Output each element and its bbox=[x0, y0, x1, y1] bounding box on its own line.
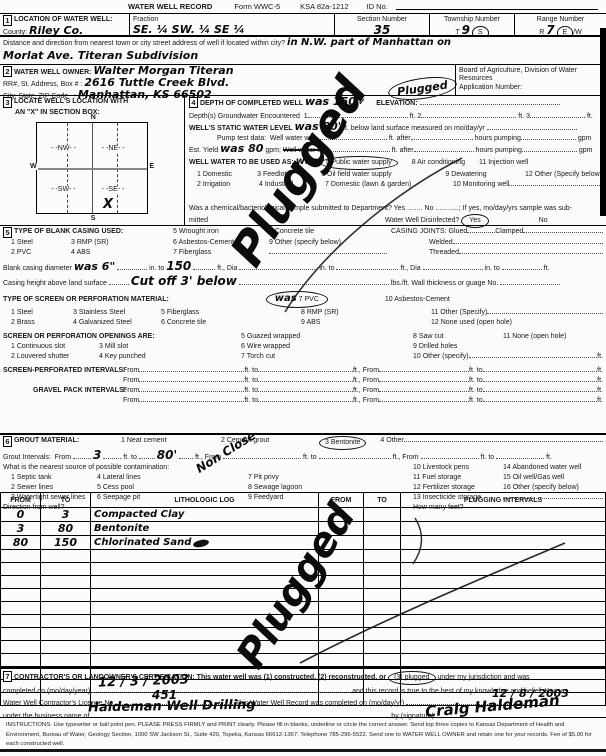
sp-t1: ft. to bbox=[244, 366, 258, 376]
section1-number: 1 bbox=[3, 15, 12, 26]
screen-abs: 9 ABS bbox=[301, 318, 431, 328]
gp-from2: From bbox=[123, 396, 139, 406]
screen-none-used: 12 None used (open hole) bbox=[431, 318, 512, 328]
township-value: 9 bbox=[462, 23, 470, 35]
elevation-label: ELEVATION: bbox=[376, 100, 417, 107]
pump-gpm: gpm bbox=[578, 135, 592, 142]
sp-l3 bbox=[379, 366, 469, 372]
county-cell: 1 LOCATION OF WATER WELL: County: Riley … bbox=[0, 14, 130, 35]
depth-title: DEPTH OF COMPLETED WELL bbox=[200, 100, 303, 107]
est-hours: hours pumping bbox=[476, 147, 522, 154]
opening-louvered: 2 Louvered shutter bbox=[11, 352, 99, 362]
gp-t1: ft. to bbox=[244, 386, 258, 396]
opening-guazed: 5 Guazed wrapped bbox=[241, 332, 413, 342]
use-domestic: 1 Domestic bbox=[197, 170, 257, 180]
chem-sample-line2: mitted bbox=[189, 217, 208, 224]
used-as-was: was bbox=[296, 156, 318, 167]
gp-l3 bbox=[379, 386, 469, 392]
joints-welded-line bbox=[453, 238, 603, 244]
use-domestic-lawn: 7 Domestic (lawn & garden) bbox=[325, 180, 453, 190]
grid-w-label: W bbox=[29, 163, 38, 170]
casing-height-value: Cut off 3' below bbox=[131, 274, 237, 288]
range-label: Range Number bbox=[518, 15, 603, 25]
wall-thickness-label: lbs./ft. Wall thickness or guage No. bbox=[391, 280, 499, 287]
certification-text-1c: under my jurisdiction and was bbox=[437, 674, 529, 681]
section7-certification: 7 CONTRACTOR'S OR LANDOWNER'S CERTIFICAT… bbox=[0, 667, 606, 717]
gp-l2 bbox=[258, 386, 353, 392]
casing-other: 9 Other (specify below) bbox=[269, 238, 391, 248]
sp-ft2: ft. bbox=[597, 376, 603, 386]
diameter-line4 bbox=[336, 264, 398, 270]
instructions-text: INSTRUCTIONS: Use typewriter or ball poi… bbox=[6, 722, 592, 747]
section-number-value: 35 bbox=[374, 23, 391, 35]
groundwater-label: Depth(s) Groundwater Encountered bbox=[189, 113, 300, 120]
log-empty-row bbox=[1, 550, 606, 563]
gi-l2 bbox=[103, 453, 121, 459]
opening-continuous: 1 Continuous slot bbox=[11, 342, 99, 352]
diameter-into2: in. to bbox=[319, 265, 334, 272]
opening-keypunched: 4 Key punched bbox=[99, 352, 241, 362]
casing-asbestos: 6 Asbestos-Cement bbox=[173, 238, 269, 248]
pump-line2 bbox=[411, 134, 473, 140]
log-empty-row bbox=[1, 615, 606, 628]
section3-locate: 3 LOCATE WELL'S LOCATION WITH AN "X" IN … bbox=[0, 96, 185, 225]
casing-other-line bbox=[269, 248, 387, 254]
use-oil-field: 6 Oil field water supply bbox=[321, 170, 445, 180]
screen-other: 11 Other (Specify) bbox=[431, 308, 487, 318]
log-3-desc: Chlorinated Sand bbox=[94, 537, 191, 548]
log-header-row: FROM TO LITHOLOGIC LOG FROM TO PLUGGING … bbox=[1, 493, 606, 508]
form-header: WATER WELL RECORD Form WWC-5 KSA 82a-121… bbox=[0, 2, 606, 11]
gp-l8 bbox=[483, 396, 598, 402]
gp-f1: ft., From bbox=[353, 386, 379, 396]
gp-from1: From bbox=[123, 386, 139, 396]
screen-brass: 2 Brass bbox=[11, 318, 73, 328]
log-empty-row bbox=[1, 576, 606, 589]
diameter-line5 bbox=[423, 264, 483, 270]
opening-drilled: 9 Drilled holes bbox=[413, 342, 457, 352]
contam-lateral: 4 Lateral lines bbox=[97, 473, 248, 483]
screen-material-title: TYPE OF SCREEN OR PERFORATION MATERIAL: bbox=[3, 296, 169, 303]
business-name-value: Haldeman Well Drilling bbox=[88, 698, 256, 716]
township-s-circled: S bbox=[472, 26, 489, 35]
use-air-conditioning: 8 Air conditioning bbox=[412, 159, 465, 166]
height-line2 bbox=[239, 279, 389, 285]
completed-on-label: completed on (mo/day/year) bbox=[3, 688, 90, 695]
gi-ftfrom2: ft., From bbox=[393, 454, 419, 461]
form-id-label: ID No. bbox=[367, 2, 388, 11]
casing-joints-welded: Welded bbox=[429, 238, 453, 248]
log-2-to: 80 bbox=[41, 522, 91, 536]
diameter-into: in. to bbox=[149, 265, 164, 272]
gi-l4 bbox=[179, 453, 193, 459]
form-title: WATER WELL RECORD bbox=[128, 2, 212, 11]
gw-ft: ft. bbox=[587, 113, 593, 120]
gw-line3 bbox=[530, 112, 585, 118]
diameter-label: Blank casing diameter bbox=[3, 265, 72, 272]
grout-intervals-label: Grout Intervals: bbox=[3, 454, 51, 461]
diameter-ft: ft. bbox=[544, 265, 550, 272]
pump-line3 bbox=[521, 134, 576, 140]
section6-grout: 6 GROUT MATERIAL: 1 Neat cement 2 Cement… bbox=[0, 433, 606, 492]
locate-title-1: LOCATE WELL'S LOCATION WITH bbox=[14, 98, 128, 105]
est-line2 bbox=[414, 146, 474, 152]
static-level-label: WELL'S STATIC WATER LEVEL bbox=[189, 125, 293, 132]
gi-ftto3: ft. to bbox=[481, 454, 495, 461]
grid-nw-label: - -NW- - bbox=[50, 145, 77, 152]
grid-e-label: E bbox=[148, 163, 155, 170]
contam-livestock: 10 Livestock pens bbox=[413, 463, 503, 473]
distance-row: Distance and direction from nearest town… bbox=[0, 36, 606, 64]
grid-solid-h bbox=[37, 168, 147, 170]
gw-ft3: ft. 3 bbox=[518, 113, 530, 120]
pump-hours: hours pumping bbox=[475, 135, 521, 142]
contam-septic: 1 Septic tank bbox=[11, 473, 97, 483]
contam-oilwell: 15 Oil well/Gas well bbox=[503, 473, 564, 483]
section7-number: 7 bbox=[3, 671, 12, 682]
sp-l5 bbox=[139, 376, 244, 382]
opening-millslot: 3 Mill slot bbox=[99, 342, 241, 352]
gp-l5 bbox=[139, 396, 244, 402]
gi-l8 bbox=[496, 453, 544, 459]
opening-other: 10 Other (specify) bbox=[413, 352, 469, 362]
gp-ft: ft. bbox=[597, 386, 603, 396]
casing-steel: 1 Steel bbox=[11, 238, 71, 248]
sp-t3: ft. to bbox=[244, 376, 258, 386]
diameter-ftdia2: ft., Dia bbox=[400, 265, 420, 272]
casing-joints-threaded: Threaded bbox=[429, 248, 459, 258]
well-x-mark: X bbox=[103, 197, 113, 212]
log-row-2: 3 80 Bentonite bbox=[1, 522, 606, 536]
est-gpm: gpm; bbox=[265, 147, 281, 154]
fraction-value: SE. ¼ SW. ¼ SE ¼ bbox=[133, 23, 245, 35]
scan-edge-artifact bbox=[600, 28, 606, 216]
fraction-cell: Fraction SE. ¼ SW. ¼ SE ¼ bbox=[130, 14, 335, 35]
diameter-into3: in. to bbox=[485, 265, 500, 272]
township-label: Township Number bbox=[433, 15, 511, 25]
diameter-line6 bbox=[502, 264, 542, 270]
casing-height-label: Casing height above land surface bbox=[3, 280, 107, 287]
gp-ft2: ft. bbox=[597, 396, 603, 406]
plug-to-header: TO bbox=[364, 493, 401, 508]
sp-t2: ft. to bbox=[469, 366, 483, 376]
casing-fiberglass: 7 Fiberglass bbox=[173, 248, 269, 258]
grid-s-label: S bbox=[90, 215, 97, 222]
board-label: Board of Agriculture, Division of Water … bbox=[459, 67, 603, 83]
ink-blot bbox=[193, 538, 210, 548]
use-feedlot: 3 Feedlot bbox=[257, 170, 321, 180]
log-litho-header: LITHOLOGIC LOG bbox=[91, 493, 319, 508]
sp-from2: From bbox=[123, 376, 139, 386]
joints-threaded-line bbox=[459, 248, 603, 254]
depth-checkmark: ✓ bbox=[358, 97, 366, 108]
screen-stainless: 3 Stainless Steel bbox=[73, 308, 161, 318]
sp-l8 bbox=[483, 376, 598, 382]
est-yield-label: Est. Yield bbox=[189, 147, 218, 154]
contam-abandoned-well: 14 Abandoned water well bbox=[503, 463, 581, 473]
est-ftafter: ft. after bbox=[392, 147, 414, 154]
range-cell: Range Number R 7 E/W bbox=[515, 14, 606, 35]
gp-t2: ft. to bbox=[469, 386, 483, 396]
gp-l4 bbox=[483, 386, 598, 392]
log-empty-row bbox=[1, 589, 606, 602]
log-3-from: 80 bbox=[1, 536, 41, 550]
grid-sw-label: - -SW- - bbox=[50, 186, 76, 193]
use-other: 12 Other (Specify below) bbox=[525, 170, 602, 180]
log-empty-row bbox=[1, 602, 606, 615]
grout-to-value: 80' bbox=[157, 448, 177, 462]
gp-l6 bbox=[258, 396, 353, 402]
diameter-line1 bbox=[117, 264, 147, 270]
log-2-desc: Bentonite bbox=[94, 523, 149, 534]
est-yield-value: was 80 bbox=[220, 142, 263, 155]
sp-l7 bbox=[379, 376, 469, 382]
joints-clamped-line bbox=[523, 227, 603, 233]
scan-bottom-line bbox=[0, 749, 606, 752]
used-as-label: WELL WATER TO BE USED AS: bbox=[189, 159, 294, 166]
use-irrigation: 2 Irrigation bbox=[197, 180, 259, 190]
distance-label: Distance and direction from nearest town… bbox=[3, 40, 285, 47]
screen-asbestos-cement: 10 Asbestos-Cement bbox=[385, 296, 450, 303]
use-dewatering: 9 Dewatering bbox=[445, 170, 525, 180]
casing-joints-clamped: Clamped bbox=[495, 227, 523, 238]
screen-other-line bbox=[487, 308, 603, 314]
sp-l2 bbox=[258, 366, 353, 372]
screen-galvanized: 4 Galvanized Steel bbox=[73, 318, 161, 328]
section4-number: 4 bbox=[189, 97, 198, 108]
section5-number: 5 bbox=[3, 227, 12, 238]
height-line3 bbox=[500, 279, 560, 285]
owner-address-label: RR#, St. Address, Box # bbox=[3, 81, 78, 88]
use-industrial: 4 Industrial bbox=[259, 180, 325, 190]
section3-number: 3 bbox=[3, 97, 12, 108]
opening-sawcut: 8 Saw cut bbox=[413, 332, 503, 342]
gw-line1 bbox=[308, 112, 408, 118]
form-number: Form WWC-5 bbox=[234, 2, 280, 11]
screen-pvc: 7 PVC bbox=[299, 296, 319, 303]
opening-other-line bbox=[469, 352, 598, 358]
colon1: : bbox=[80, 81, 82, 88]
section2-owner: 2 WATER WELL OWNER: Walter Morgan Titera… bbox=[0, 64, 606, 96]
casing-rmp: 3 RMP (SR) bbox=[71, 238, 173, 248]
log-3-to: 150 bbox=[41, 536, 91, 550]
casing-pvc: 2 PVC bbox=[11, 248, 71, 258]
contam-fuel: 11 Fuel storage bbox=[413, 473, 503, 483]
sp-ft: ft. bbox=[597, 366, 603, 376]
section1-title: LOCATION OF WATER WELL: bbox=[14, 16, 113, 23]
section-grid-box: - -NW- - - -NE- - - -SW- - - -SE- - N S … bbox=[36, 122, 148, 214]
est-line1 bbox=[330, 146, 390, 152]
screen-pvc-circled: was 7 PVC bbox=[266, 291, 328, 308]
log-2-from: 3 bbox=[1, 522, 41, 536]
gi-from: From bbox=[55, 454, 71, 461]
instructions-block: INSTRUCTIONS: Use typewriter or ball poi… bbox=[0, 717, 606, 749]
diameter-ftdia: ft., Dia bbox=[217, 265, 237, 272]
disinfected-no: No bbox=[539, 217, 548, 224]
gp-f2: ft., From bbox=[353, 396, 379, 406]
casing-concrete-tile: 8 Concrete tile bbox=[269, 227, 391, 238]
static-line bbox=[487, 124, 577, 130]
screen-steel: 1 Steel bbox=[11, 308, 73, 318]
openings-title: SCREEN OR PERFORATION OPENINGS ARE: bbox=[3, 332, 241, 342]
section1-row: 1 LOCATION OF WATER WELL: County: Riley … bbox=[0, 13, 606, 36]
log-empty-row bbox=[1, 654, 606, 667]
gi-l1 bbox=[73, 453, 91, 459]
locate-title-2: AN "X" IN SECTION BOX: bbox=[15, 108, 181, 118]
gi-l7 bbox=[421, 453, 479, 459]
pump-line1 bbox=[317, 134, 387, 140]
diameter-line3 bbox=[239, 264, 317, 270]
log-1-from: 0 bbox=[1, 508, 41, 522]
use-monitoring-well: 10 Monitoring well bbox=[453, 180, 509, 190]
grid-se-label: - -SE- - bbox=[101, 186, 126, 193]
grout-other-line bbox=[404, 436, 603, 442]
static-level-rest: ft. below land surface measured on mo/da… bbox=[343, 125, 485, 132]
screen-concrete-tile: 6 Concrete tile bbox=[161, 318, 301, 328]
elevation-line bbox=[420, 99, 560, 105]
log-1-desc: Compacted Clay bbox=[94, 509, 184, 520]
sp-l1 bbox=[139, 366, 244, 372]
grout-title: GROUT MATERIAL: bbox=[14, 437, 79, 444]
gp-t4: ft. to bbox=[469, 396, 483, 406]
form-ksa-number: KSA 82a-1212 bbox=[300, 2, 348, 11]
diameter-value: was 6" bbox=[74, 260, 115, 273]
diameter-line2 bbox=[193, 264, 215, 270]
casing-joints-glued: CASING JOINTS: Glued bbox=[391, 227, 467, 238]
gi-ftto2: ft. to bbox=[303, 454, 317, 461]
plug-from-header: FROM bbox=[319, 493, 364, 508]
application-number-label: Application Number: bbox=[459, 83, 603, 93]
est-line3 bbox=[522, 146, 577, 152]
sp-l4 bbox=[483, 366, 598, 372]
plug-intervals-header: PLUGGING INTERVALS bbox=[401, 493, 606, 508]
sp-f2: ft., From bbox=[353, 376, 379, 386]
static-level-value: was 80' bbox=[295, 120, 342, 133]
height-line1 bbox=[109, 279, 129, 285]
form-id-line bbox=[396, 2, 598, 10]
section6-number: 6 bbox=[3, 436, 12, 447]
sp-l6 bbox=[258, 376, 353, 382]
grid-n-label: N bbox=[90, 114, 97, 121]
casing-title: TYPE OF BLANK CASING USED: bbox=[14, 228, 123, 235]
log-1-to: 3 bbox=[41, 508, 91, 522]
log-empty-row bbox=[1, 641, 606, 654]
sp-t4: ft. to bbox=[469, 376, 483, 386]
depth-value: was 150 bbox=[305, 95, 356, 108]
gi-ftto: ft. to bbox=[123, 454, 137, 461]
board-of-agriculture-box: Board of Agriculture, Division of Water … bbox=[455, 65, 606, 95]
screen-was: was bbox=[275, 293, 297, 304]
owner-title: WATER WELL OWNER: bbox=[14, 69, 92, 76]
screen-fiberglass: 5 Fiberglass bbox=[161, 308, 301, 318]
range-r: R bbox=[539, 29, 544, 35]
range-w: /W bbox=[573, 29, 582, 35]
joints-glued-line bbox=[467, 227, 495, 233]
record-completed-label: This Water Well Record was completed on … bbox=[235, 700, 404, 707]
est-gpm2: gpm bbox=[579, 147, 593, 154]
gravel-pack-label: GRAVEL PACK INTERVALS: bbox=[3, 386, 123, 396]
pump-ftafter: ft. after bbox=[389, 135, 411, 142]
opening-none: 11 None (open hole) bbox=[503, 332, 566, 342]
grout-other: 4 Other bbox=[380, 436, 403, 450]
gw-ft2: ft. 2 bbox=[410, 113, 422, 120]
log-from-header: FROM bbox=[1, 493, 41, 508]
log-empty-row bbox=[1, 563, 606, 576]
opening-torchcut: 7 Torch cut bbox=[241, 352, 413, 362]
grout-from-value: 3 bbox=[93, 448, 101, 462]
township-t: T bbox=[455, 29, 459, 35]
gi-ft: ft. bbox=[546, 454, 552, 461]
sp-f1: ft., From bbox=[353, 366, 379, 376]
section-number-cell: Section Number 35 bbox=[335, 14, 430, 35]
gp-l7 bbox=[379, 396, 469, 402]
distance-value-1: in N.W. part of Manhattan on bbox=[287, 37, 451, 48]
disinfected-label: Water Well Disinfected? bbox=[385, 217, 459, 224]
est-wellwater-struck: Well water was bbox=[283, 147, 330, 154]
pump-wellwater: Well water was bbox=[270, 135, 317, 142]
grid-ne-label: - -NE- - bbox=[101, 145, 126, 152]
casing-wrought-iron: 5 Wrought iron bbox=[173, 227, 269, 238]
sp-from1: From bbox=[123, 366, 139, 376]
water-well-record-scan: WATER WELL RECORD Form WWC-5 KSA 82a-121… bbox=[0, 0, 606, 756]
casing-abs: 4 ABS bbox=[71, 248, 173, 258]
county-label: County: bbox=[3, 29, 27, 35]
diameter-to-value: 150 bbox=[166, 259, 191, 273]
gw-line2 bbox=[421, 112, 516, 118]
chem-sample-line1: Was a chemical/bacteriological sample su… bbox=[189, 205, 572, 212]
range-e-circled: E bbox=[557, 26, 574, 35]
opening-other-ft: ft. bbox=[597, 352, 603, 362]
gi-l6 bbox=[319, 453, 391, 459]
log-empty-row bbox=[1, 628, 606, 641]
log-to-header: TO bbox=[41, 493, 91, 508]
use-public-water-supply-circled: 5 Public water supply bbox=[320, 156, 398, 170]
section4-depth: 4 DEPTH OF COMPLETED WELL was 150 ✓ ELEV… bbox=[185, 96, 606, 225]
township-cell: Township Number T 9 S bbox=[430, 14, 515, 35]
gp-t3: ft. to bbox=[244, 396, 258, 406]
pump-test-label: Pump test data: bbox=[217, 135, 266, 142]
grout-bentonite-circled: 3 Bentonite bbox=[319, 436, 366, 450]
contam-pitprivy: 7 Pit privy bbox=[248, 473, 413, 483]
log-row-1: 0 3 Compacted Clay bbox=[1, 508, 606, 522]
distance-value-2: Morlat Ave. Titeran Subdivision bbox=[3, 49, 198, 62]
use-monitoring-line bbox=[509, 180, 602, 186]
gp-l1 bbox=[139, 386, 244, 392]
screen-intervals-label: SCREEN-PERFORATED INTERVALS: bbox=[3, 366, 123, 376]
certification-text-1: CONTRACTOR'S OR LANDOWNER'S CERTIFICATIO… bbox=[14, 674, 386, 681]
county-value: Riley Co. bbox=[29, 24, 83, 35]
gi-l3 bbox=[139, 453, 155, 459]
use-injection-well: 11 Injection well bbox=[479, 159, 528, 166]
section2-number: 2 bbox=[3, 66, 12, 77]
opening-wire: 6 Wire wrapped bbox=[241, 342, 413, 352]
section5-casing: 5 TYPE OF BLANK CASING USED: 5 Wrought i… bbox=[0, 225, 606, 433]
log-row-3: 80 150 Chlorinated Sand bbox=[1, 536, 606, 550]
range-value: 7 bbox=[546, 23, 554, 35]
plugged-option-circled: (3) plugged bbox=[388, 671, 435, 685]
screen-rmp: 8 RMP (SR) bbox=[301, 308, 431, 318]
